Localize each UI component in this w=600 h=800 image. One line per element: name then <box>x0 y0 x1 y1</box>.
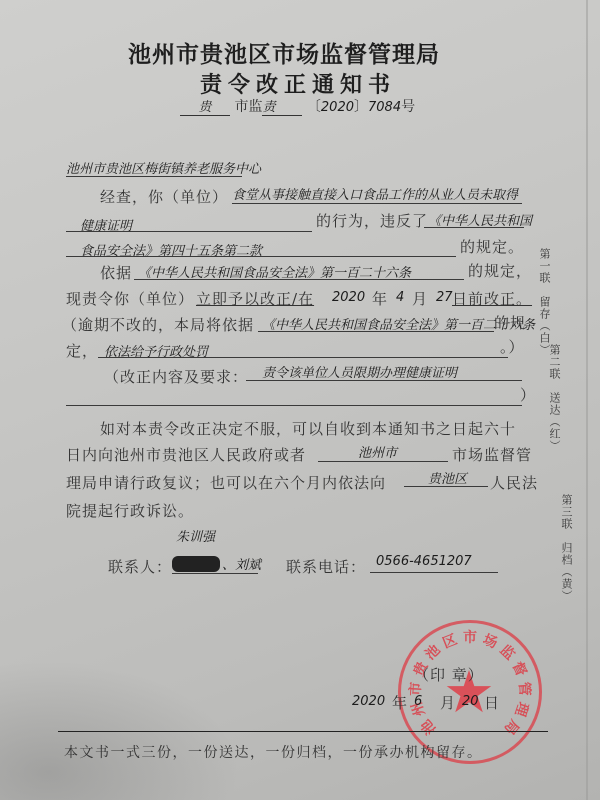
document-title: 责令改正通知书 <box>200 68 396 99</box>
copy-label-1: 第一联 留存（白） <box>536 248 552 356</box>
document-number: 贵 市监责 〔2020〕7084号 <box>180 96 415 116</box>
violation-fact: 食堂从事接触直接入口食品工作的从业人员未取得 <box>232 184 518 203</box>
seal-text: 池州市贵池区市场监督管理局 <box>401 623 539 761</box>
copy-label-2: 第二联 送达（红） <box>546 344 562 452</box>
correction-content: 责令该单位人员限期办理健康证明 <box>262 362 457 381</box>
footer-divider <box>58 731 548 732</box>
paper-edge <box>586 0 588 800</box>
redacted-name <box>172 556 220 572</box>
contact-phone: 0566-4651207 <box>376 554 472 569</box>
seal-label: （印 章） <box>414 664 484 685</box>
photo-shadow <box>0 660 240 800</box>
agency-title: 池州市贵池区市场监督管理局 <box>128 36 440 69</box>
copy-label-3: 第三联 归档（黄） <box>558 494 574 602</box>
recipient-name: 池州市贵池区梅街镇养老服务中心 <box>66 158 261 177</box>
recipient-underline <box>66 176 242 177</box>
footer-note: 本文书一式三份，一份送达，一份归档，一份承办机构留存。 <box>64 742 483 762</box>
